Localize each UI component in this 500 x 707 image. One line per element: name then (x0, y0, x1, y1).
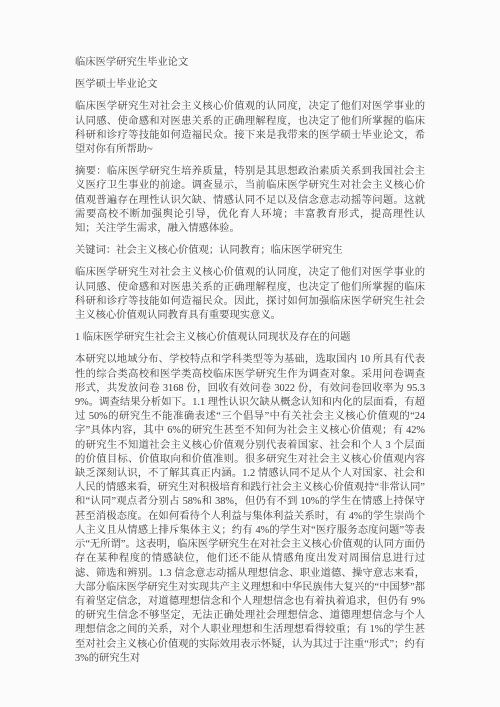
document-page: 临床医学研究生毕业论文 医学硕士毕业论文 临床医学研究生对社会主义核心价值观的认… (0, 0, 500, 707)
doc-subtitle: 医学硕士毕业论文 (75, 78, 425, 92)
abstract-paragraph: 摘要：临床医学研究生培养质量，特别是其思想政治素质关系到我国社会主义医疗卫生事业… (75, 165, 425, 236)
keywords-line: 关键词：社会主义核心价值观；认同教育；临床医学研究生 (75, 244, 425, 258)
doc-title: 临床医学研究生毕业论文 (75, 56, 425, 70)
survey-results-paragraph: 本研究以地域分布、学校特点和学科类型等为基础，选取国内 10 所具有代表性的综合… (75, 353, 425, 665)
significance-paragraph: 临床医学研究生对社会主义核心价值观的认同度，决定了他们对医学事业的认同感、使命感… (75, 266, 425, 323)
intro-paragraph: 临床医学研究生对社会主义核心价值观的认同度，决定了他们对医学事业的认同感、使命感… (75, 100, 425, 157)
section-1-heading: 1 临床医学研究生社会主义核心价值观认同现状及存在的问题 (75, 331, 425, 345)
